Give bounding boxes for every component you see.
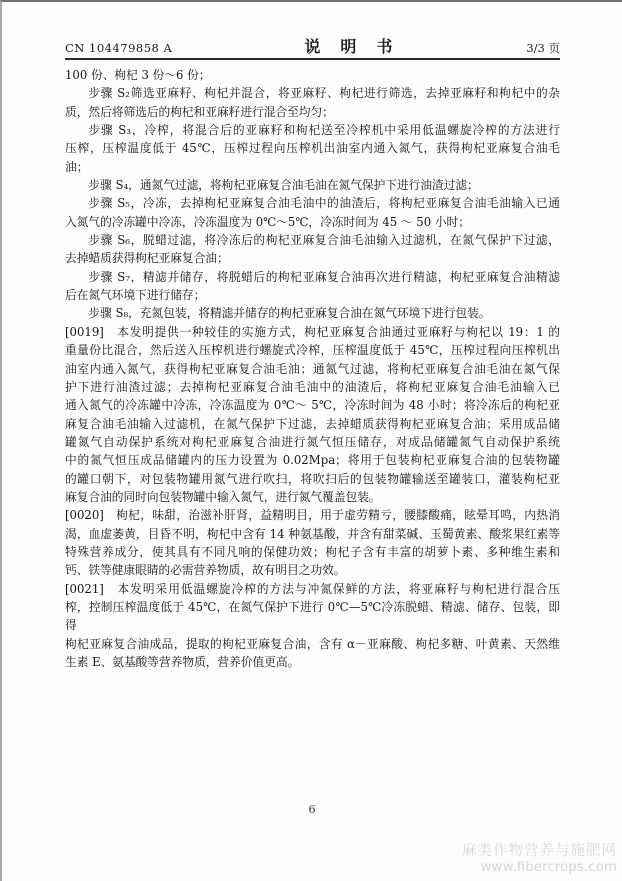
text-line: 步骤 S₅，冷冻，去掉枸杞亚麻复合油毛油中的油渣后，将枸杞亚麻复合油毛油输入已通	[65, 194, 560, 212]
body-text: 100 份、枸杞 3 份～6 份；步骤 S₂筛选亚麻籽、枸杞并混合，将亚麻籽、枸…	[65, 66, 560, 671]
text-line: 质，然后将筛选后的枸杞和亚麻籽进行混合至均匀；	[65, 103, 560, 121]
text-line: 步骤 S₇，精滤并储存，将脱蜡后的枸杞亚麻复合油再次进行精滤，枸杞亚麻复合油精滤	[65, 268, 560, 286]
text-line: 生素 E、氨基酸等营养物质，营养价值更高。	[65, 653, 560, 671]
text-line: 特殊营养成分，使其具有不同凡响的保健功效；枸杞子含有丰富的胡萝卜素、多种维生素和	[65, 543, 560, 561]
text-line: 麻复合油毛油输入过滤机，在氮气保护下过滤，去掉蜡质获得枸杞亚麻复合油；采用成品储	[65, 415, 560, 433]
sheet-indicator: 3/3 页	[526, 40, 560, 56]
page-number: 6	[2, 802, 622, 816]
text-line: 护下进行油渣过滤；去掉枸杞亚麻复合油毛油中的油渣后，将枸杞亚麻复合油毛油输入已	[65, 378, 560, 396]
text-line: 后在氮气环境下进行储存；	[65, 286, 560, 304]
publication-number: CN 104479858 A	[65, 41, 172, 55]
text-line: [0020] 枸杞，味甜，治滋补肝肾，益精明目，用于虚劳精亏，腰膝酸痛，眩晕耳鸣…	[65, 506, 560, 524]
document-title: 说 明 书	[304, 34, 394, 57]
text-line: 罐氮气自动保护系统对枸杞亚麻复合油进行氮气恒压储存，对成品储罐氮气自动保护系统	[65, 433, 560, 451]
page-header: CN 104479858 A 说 明 书 3/3 页	[65, 34, 560, 57]
watermark-site-url: www.fibercrops.com	[462, 859, 617, 875]
text-line: 榨，控制压榨温度低于 45℃，在氮气保护下进行 0℃—5℃冷冻脱蜡、精滤、储存、…	[65, 598, 560, 635]
text-line: 麻复合油的同时向包装物罐中输入氮气，进行氮气覆盖包装。	[65, 488, 560, 506]
text-line: 枸杞亚麻复合油成品，提取的枸杞亚麻复合油，含有 α－亚麻酸、枸杞多糖、叶黄素、天…	[65, 635, 560, 653]
text-line: 步骤 S₃，冷榨，将混合后的亚麻籽和枸杞送至冷榨机中采用低温螺旋冷榨的方法进行	[65, 121, 560, 139]
text-line: 去掉蜡质获得枸杞亚麻复合油；	[65, 249, 560, 267]
text-line: 钙、铁等健康眼睛的必需营养物质，故有明目之功效。	[65, 561, 560, 579]
text-line: [0019] 本发明提供一种较佳的实施方式，枸杞亚麻复合油通过亚麻籽与枸杞以 1…	[65, 323, 560, 341]
text-line: 压榨，压榨温度低于 45℃，压榨过程向压榨机出油室内通入氮气，获得枸杞亚麻复合油…	[65, 139, 560, 157]
text-line: 步骤 S₈，充氮包装，将精滤并储存的枸杞亚麻复合油在氮气环境下进行包装。	[65, 304, 560, 322]
text-line: 油室内通入氮气，获得枸杞亚麻复合油毛油；通氮气过滤，将枸杞亚麻复合油毛油在氮气保	[65, 360, 560, 378]
text-line: 通入氮气的冷冻罐中冷冻，冷冻温度为 0℃～ 5℃，冷冻时间为 48 小时；将冷冻…	[65, 396, 560, 414]
header-rule	[65, 58, 560, 60]
text-line: 油；	[65, 158, 560, 176]
watermark-site-name: 麻类作物营养与施肥网	[462, 843, 617, 859]
text-line: 步骤 S₂筛选亚麻籽、枸杞并混合，将亚麻籽、枸杞进行筛选，去掉亚麻籽和枸杞中的杂	[65, 84, 560, 102]
text-line: 的罐口朝下，对包装物罐用氮气进行吹扫，将吹扫后的包装物罐输送至罐装口，灌装枸杞亚	[65, 470, 560, 488]
patent-page: CN 104479858 A 说 明 书 3/3 页 100 份、枸杞 3 份～…	[0, 0, 622, 881]
text-line: 渴，血虚萎黄，目昏不明，枸杞中含有 14 种氨基酸，并含有甜菜碱、玉蜀黄素、酸浆…	[65, 525, 560, 543]
text-line: [0021] 本发明采用低温螺旋冷榨的方法与冲氮保鲜的方法，将亚麻籽与枸杞进行混…	[65, 580, 560, 598]
watermark: 麻类作物营养与施肥网 www.fibercrops.com	[462, 843, 617, 875]
text-line: 重量份比混合，然后送入压榨机进行螺旋式冷榨，压榨温度低于 45℃，压榨过程向压榨…	[65, 341, 560, 359]
text-line: 入氮气的冷冻罐中冷冻，冷冻温度为 0℃～5℃，冷冻时间为 45 ～ 50 小时；	[65, 213, 560, 231]
text-line: 中的氮气恒压成品储罐内的压力设置为 0.02Mpa；将用于包装枸杞亚麻复合油的包…	[65, 451, 560, 469]
text-line: 100 份、枸杞 3 份～6 份；	[65, 66, 560, 84]
text-line: 步骤 S₄，通氮气过滤，将枸杞亚麻复合油毛油在氮气保护下进行油渣过滤；	[65, 176, 560, 194]
text-line: 步骤 S₆，脱蜡过滤，将冷冻后的枸杞亚麻复合油毛油输入过滤机，在氮气保护下过滤，	[65, 231, 560, 249]
